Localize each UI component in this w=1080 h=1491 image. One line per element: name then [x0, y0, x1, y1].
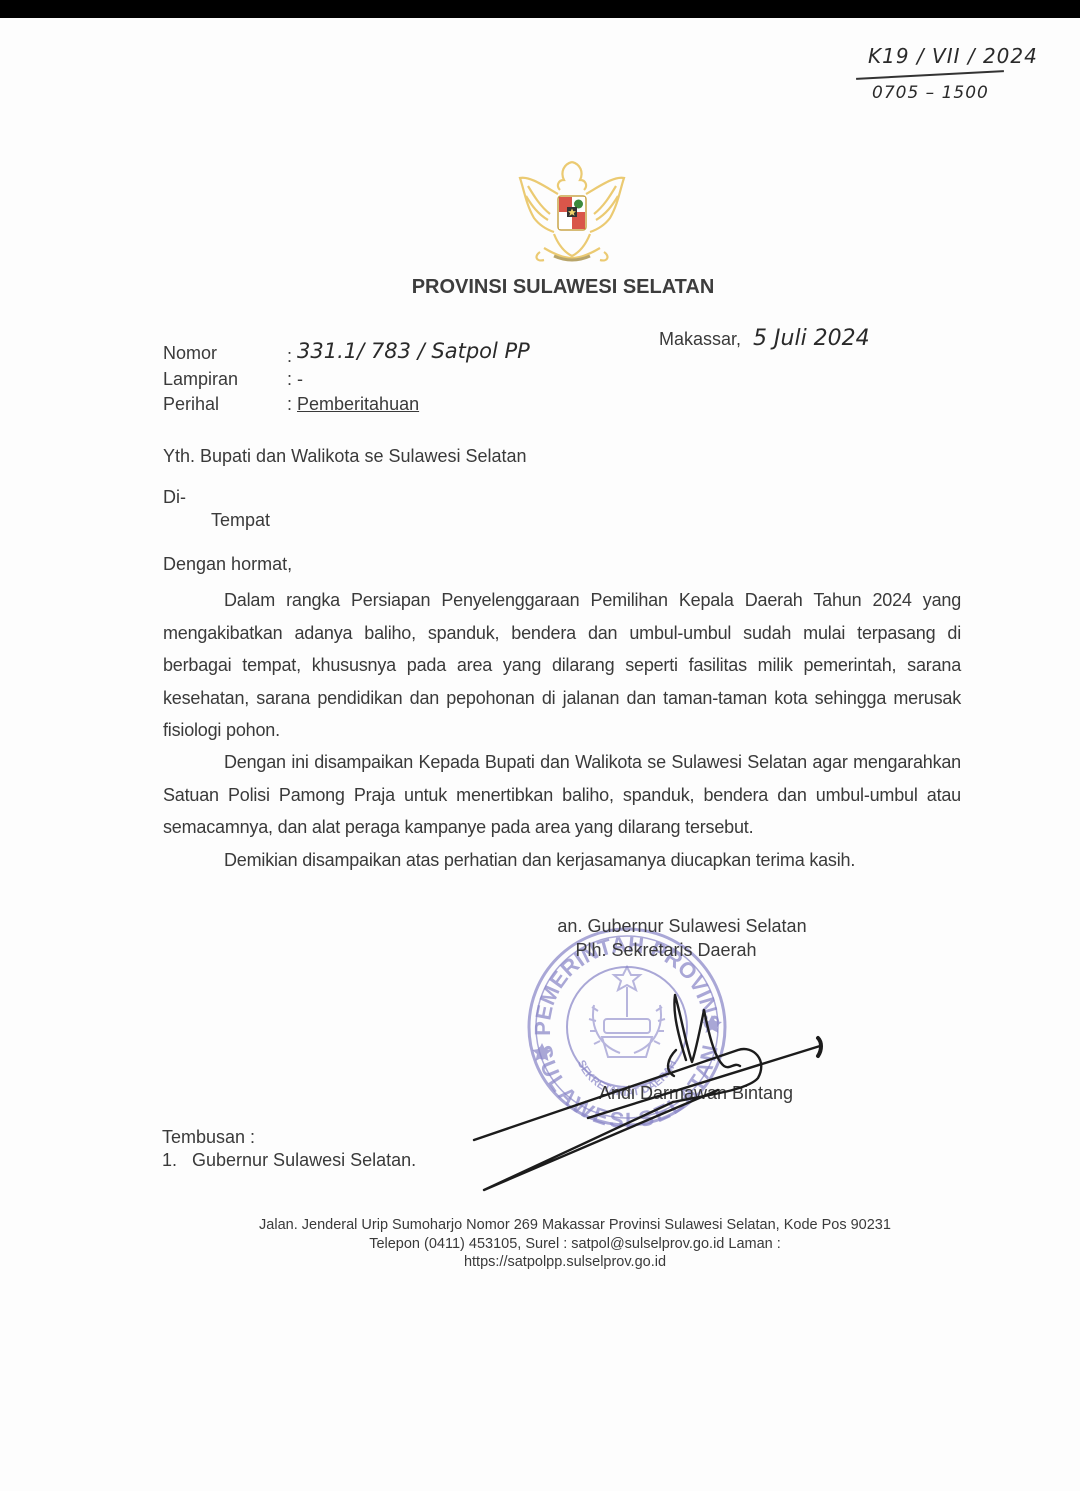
handwritten-signature-icon [468, 990, 838, 1195]
meta-value: - [297, 369, 303, 389]
meta-row-lampiran: Lampiran : - [163, 369, 285, 390]
handwritten-date: 5 Juli 2024 [753, 326, 870, 351]
meta-value-container: : 331.1/ 783 / Satpol PP [287, 343, 530, 367]
top-black-border [0, 0, 1080, 18]
meta-separator: : [287, 394, 297, 414]
recipient-line: Yth. Bupati dan Walikota se Sulawesi Sel… [163, 446, 527, 467]
footer-website: https://satpolpp.sulselprov.go.id [0, 1253, 1080, 1272]
place-date: Makassar,5 Juli 2024 [659, 326, 870, 351]
body-paragraph-3: Demikian disampaikan atas perhatian dan … [163, 844, 961, 877]
recipient-tempat: Tempat [211, 510, 270, 531]
meta-label: Lampiran [163, 369, 285, 390]
meta-row-perihal: Perihal : Pemberitahuan [163, 394, 285, 415]
letterhead-title: PROVINSI SULAWESI SELATAN [0, 276, 1080, 299]
carbon-copy-item: 1. Gubernur Sulawesi Selatan. [162, 1150, 416, 1171]
garuda-emblem-icon [514, 156, 630, 268]
handwritten-agenda-time: 0705 – 1500 [872, 83, 989, 103]
place: Makassar, [659, 329, 741, 349]
footer-address: Jalan. Jenderal Urip Sumoharjo Nomor 269… [0, 1216, 1080, 1235]
salutation: Dengan hormat, [163, 554, 292, 575]
signature-position: Plh. Sekretaris Daerah [454, 940, 878, 961]
body-paragraph-2: Dengan ini disampaikan Kepada Bupati dan… [163, 746, 961, 844]
handwritten-agenda-number: K19 / VII / 2024 [868, 44, 1038, 68]
recipient-di: Di- [163, 487, 186, 508]
meta-separator: : [287, 369, 297, 389]
signature-on-behalf: an. Gubernur Sulawesi Selatan [470, 916, 894, 937]
body-paragraph-1: Dalam rangka Persiapan Penyelenggaraan P… [163, 584, 961, 747]
carbon-copy-heading: Tembusan : [162, 1127, 255, 1148]
meta-value-container: : Pemberitahuan [287, 394, 419, 415]
subject-value: Pemberitahuan [297, 394, 419, 414]
footer-contact: Telepon (0411) 453105, Surel : satpol@su… [0, 1235, 1080, 1254]
meta-row-nomor: Nomor : 331.1/ 783 / Satpol PP [163, 343, 285, 364]
meta-label: Nomor [163, 343, 285, 364]
meta-separator: : [287, 346, 297, 366]
handwritten-letter-number: 331.1/ 783 / Satpol PP [297, 339, 530, 363]
meta-label: Perihal [163, 394, 285, 415]
meta-value-container: : - [287, 369, 303, 390]
